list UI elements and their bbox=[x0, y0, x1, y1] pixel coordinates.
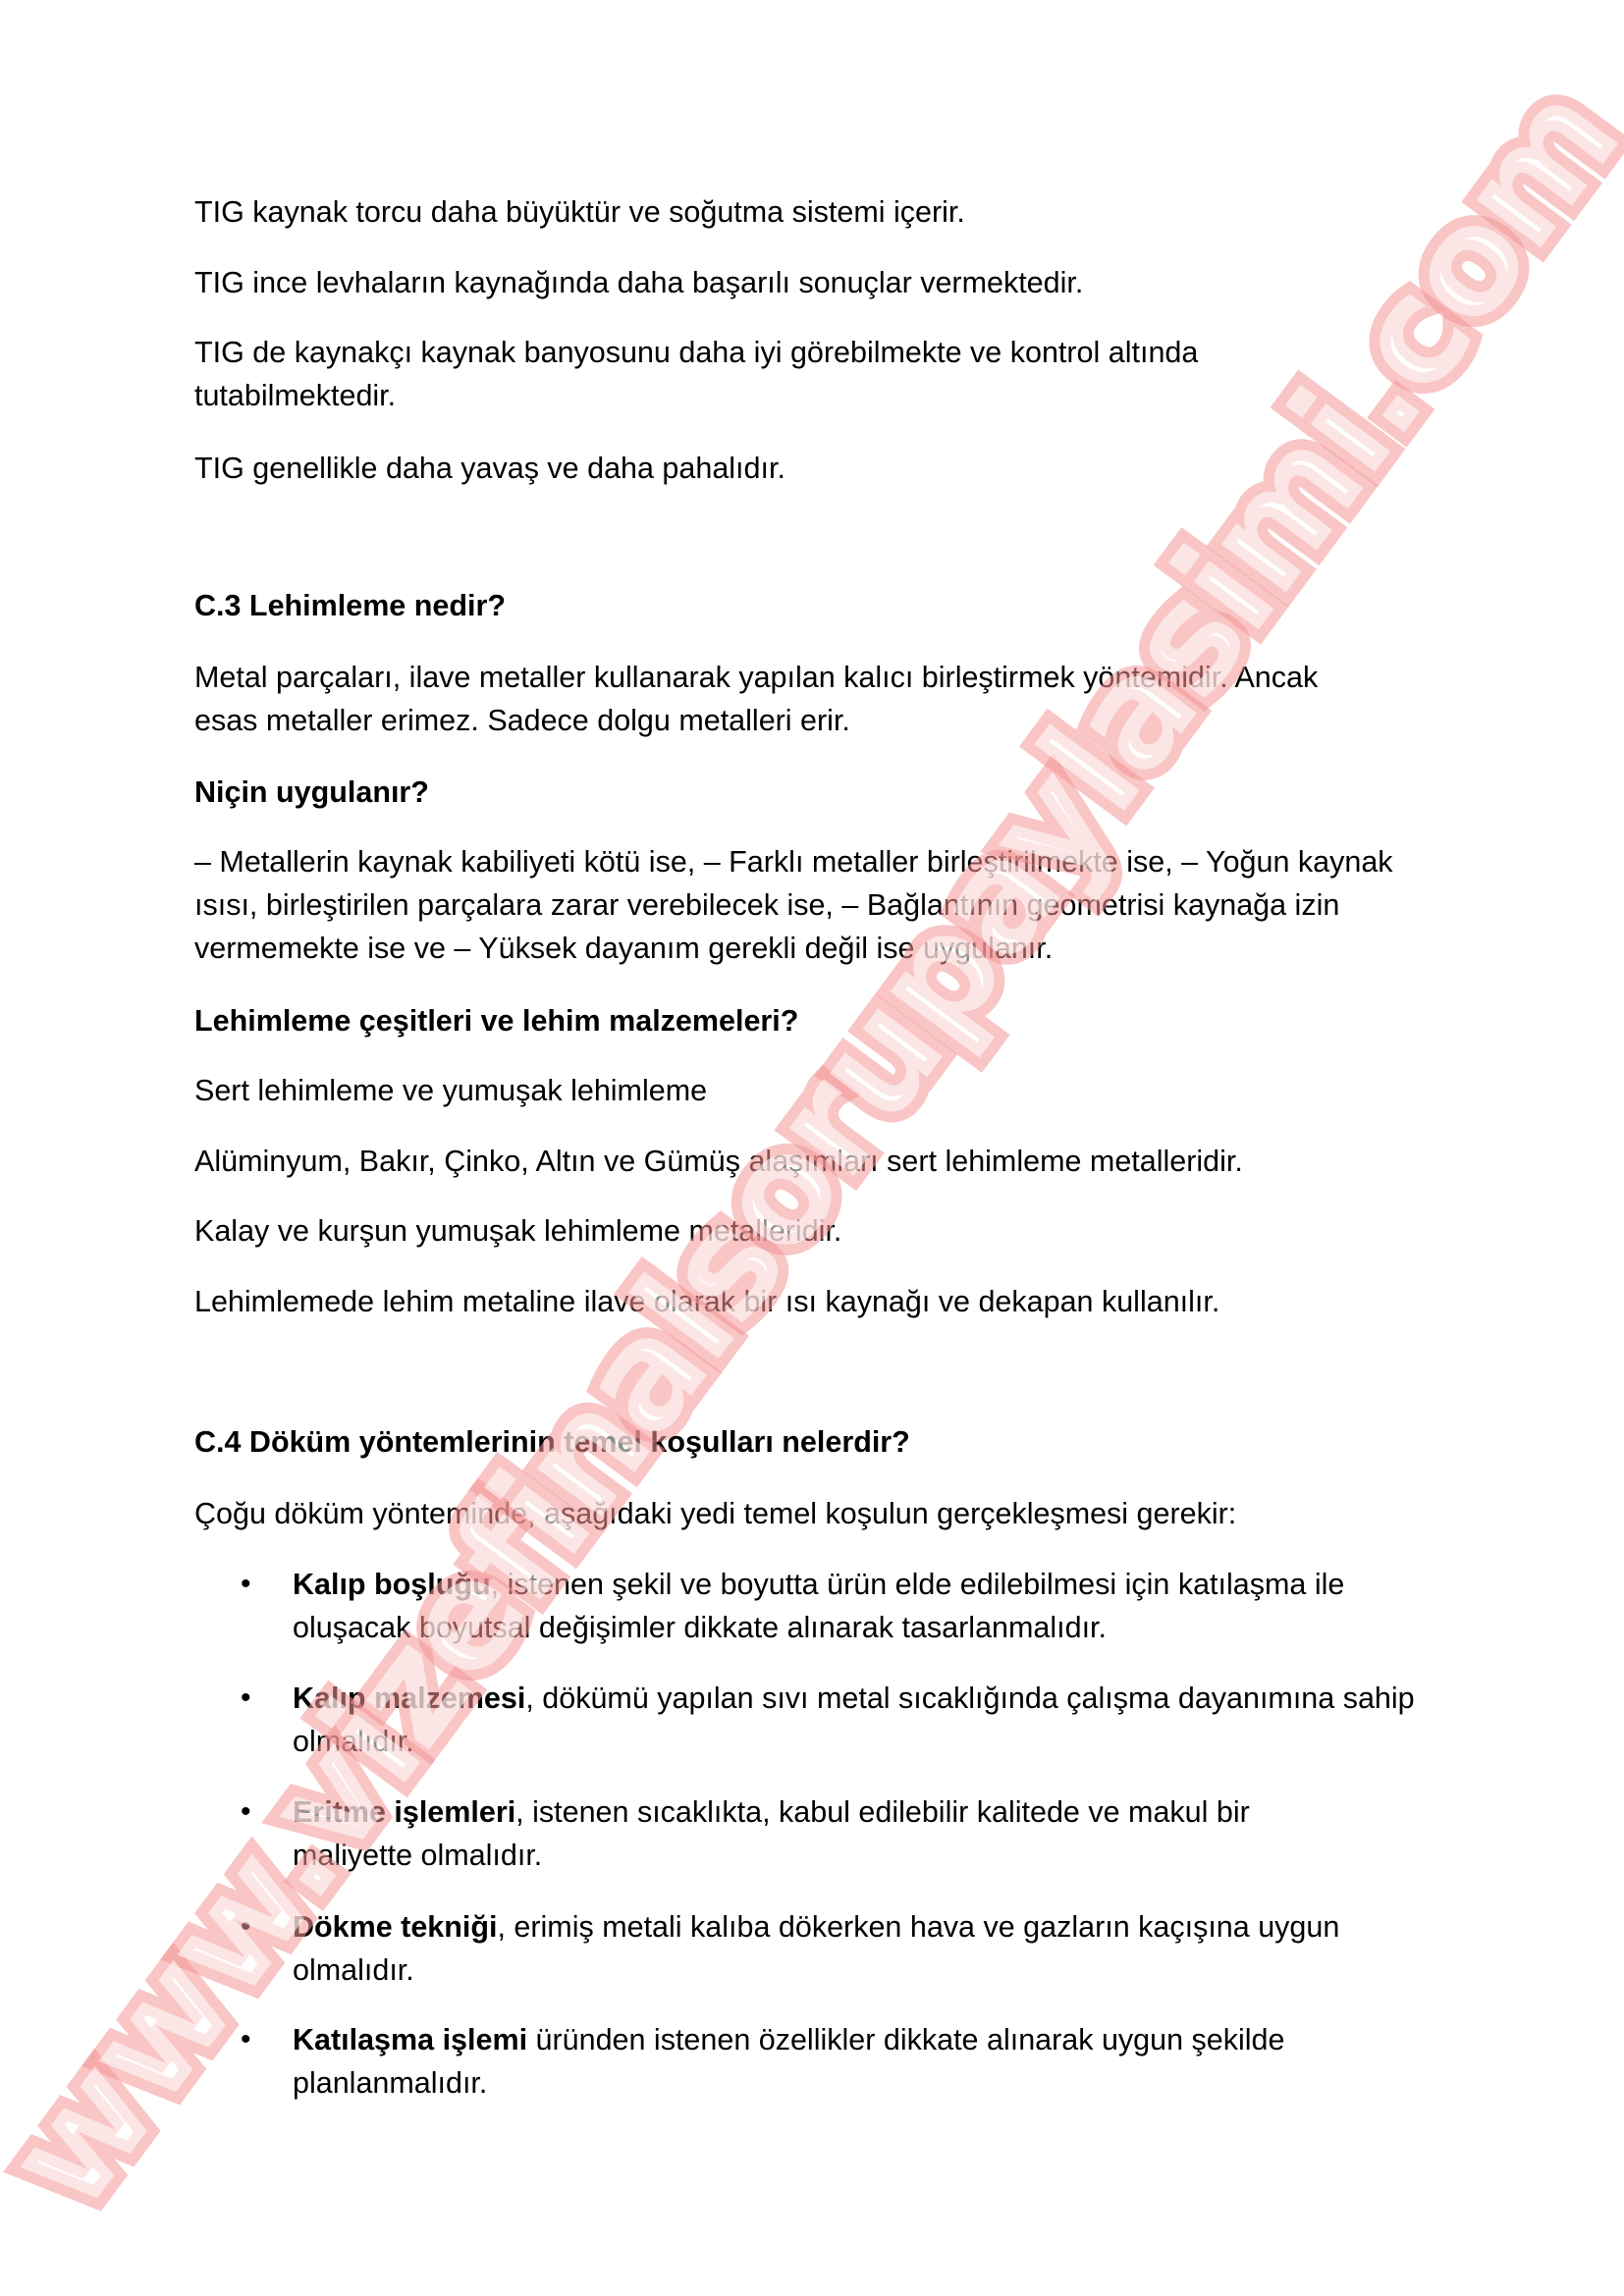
paragraph: TIG ince levhaların kaynağında daha başa… bbox=[194, 261, 1471, 304]
document-page: TIG kaynak torcu daha büyüktür ve soğutm… bbox=[0, 0, 1624, 2296]
paragraph: Kalay ve kurşun yumuşak lehimleme metall… bbox=[194, 1209, 1471, 1253]
paragraph: TIG kaynak torcu daha büyüktür ve soğutm… bbox=[194, 190, 1471, 234]
section-heading-c3: C.3 Lehimleme nedir? bbox=[194, 584, 1471, 627]
paragraph: Çoğu döküm yönteminde, aşağıdaki yedi te… bbox=[194, 1492, 1471, 1535]
paragraph: Lehimlemede lehim metaline ilave olarak … bbox=[194, 1280, 1471, 1323]
list-item-term: Katılaşma işlemi bbox=[293, 2023, 527, 2056]
subheading-why: Niçin uygulanır? bbox=[194, 771, 1471, 814]
list-item-text: Eritme işlemleri, istenen sıcaklıkta, ka… bbox=[293, 1790, 1353, 1877]
paragraph: Alüminyum, Bakır, Çinko, Altın ve Gümüş … bbox=[194, 1140, 1471, 1183]
bullet-icon: • bbox=[241, 1563, 251, 1606]
list-item-text: Katılaşma işlemi üründen istenen özellik… bbox=[293, 2018, 1402, 2105]
list-item-term: Kalıp boşluğu bbox=[293, 1568, 491, 1601]
bullet-icon: • bbox=[241, 1905, 251, 1949]
paragraph: Metal parçaları, ilave metaller kullanar… bbox=[194, 656, 1363, 742]
list-item-term: Dökme tekniği bbox=[293, 1910, 497, 1944]
paragraph: Sert lehimleme ve yumuşak lehimleme bbox=[194, 1069, 1471, 1112]
paragraph: TIG genellikle daha yavaş ve daha pahalı… bbox=[194, 447, 1471, 490]
subheading-types: Lehimleme çeşitleri ve lehim malzemeleri… bbox=[194, 999, 1471, 1042]
bullet-icon: • bbox=[241, 1677, 251, 1720]
list-item-term: Eritme işlemleri bbox=[293, 1795, 515, 1829]
bullet-icon: • bbox=[241, 2018, 251, 2061]
paragraph: TIG de kaynakçı kaynak banyosunu daha iy… bbox=[194, 331, 1314, 417]
list-item-text: Kalıp boşluğu, istenen şekil ve boyutta … bbox=[293, 1563, 1451, 1649]
list-item-text: Dökme tekniği, erimiş metali kalıba döke… bbox=[293, 1905, 1353, 1992]
section-heading-c4: C.4 Döküm yöntemlerinin temel koşulları … bbox=[194, 1420, 1471, 1464]
bullet-icon: • bbox=[241, 1790, 251, 1834]
paragraph: – Metallerin kaynak kabiliyeti kötü ise,… bbox=[194, 840, 1412, 970]
list-item-text: Kalıp malzemesi, dökümü yapılan sıvı met… bbox=[293, 1677, 1451, 1763]
list-item-term: Kalıp malzemesi bbox=[293, 1682, 525, 1715]
